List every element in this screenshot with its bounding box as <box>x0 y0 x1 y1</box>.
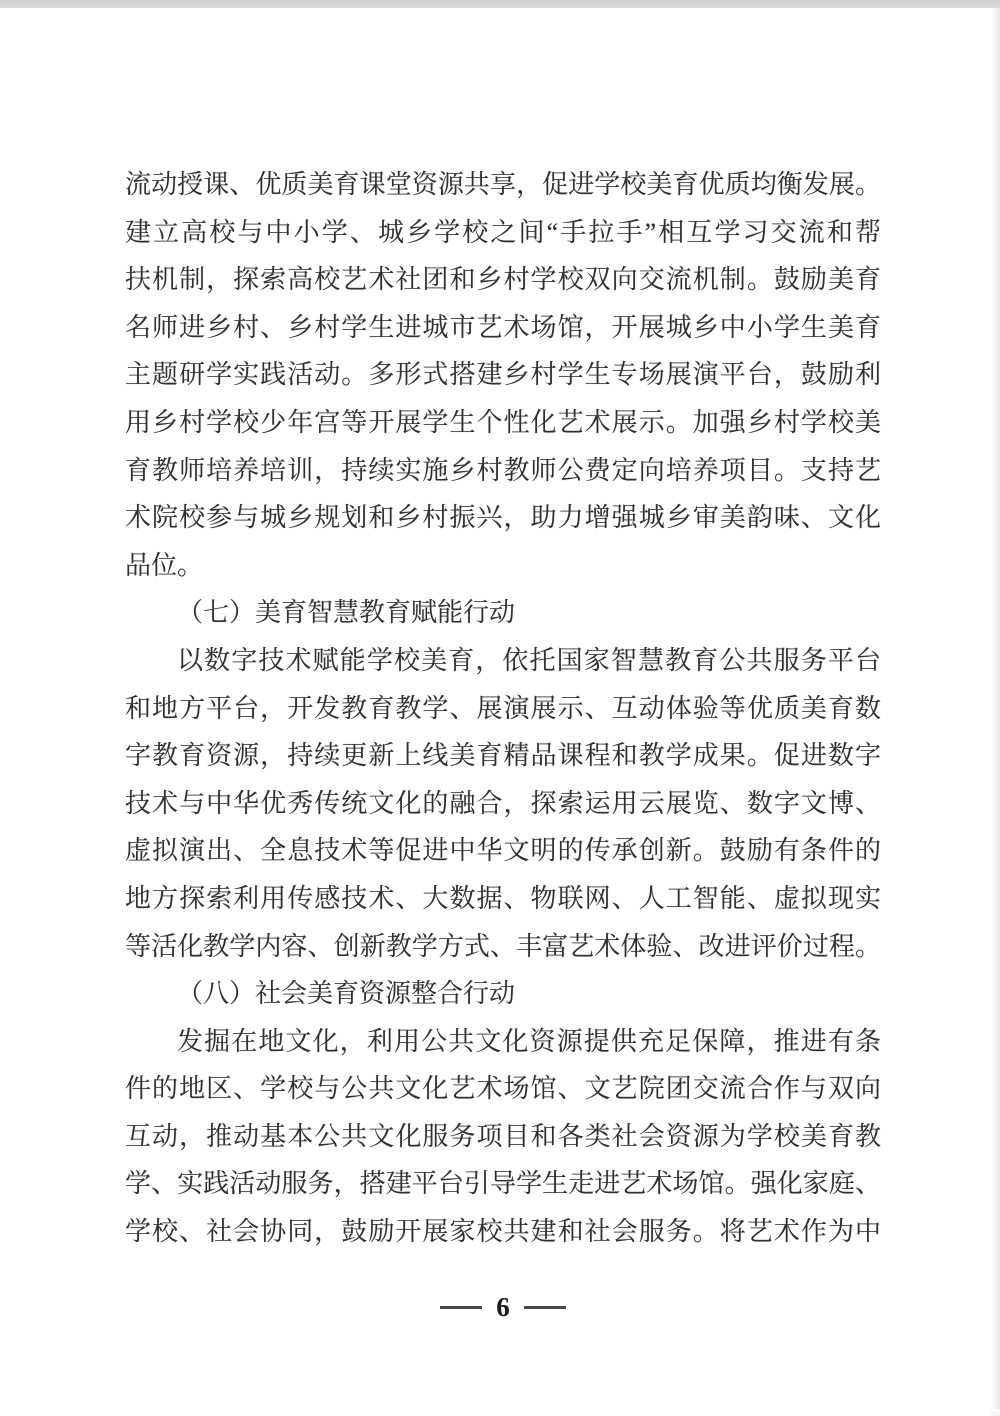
document-line: 流动授课、优质美育课堂资源共享，促进学校美育优质均衡发展。 <box>125 161 881 209</box>
document-line: 学、实践活动服务，搭建平台引导学生走进艺术场馆。强化家庭、 <box>125 1160 881 1208</box>
document-line: 地方探索利用传感技术、大数据、物联网、人工智能、虚拟现实 <box>125 875 881 923</box>
document-line: 发掘在地文化，利用公共文化资源提供充足保障，推进有条 <box>125 1018 881 1066</box>
section-heading-7: （七）美育智慧教育赋能行动 <box>125 589 881 637</box>
document-page: 流动授课、优质美育课堂资源共享，促进学校美育优质均衡发展。 建立高校与中小学、城… <box>0 8 991 1416</box>
document-line: 和地方平台，开发教育教学、展演展示、互动体验等优质美育数 <box>125 685 881 733</box>
document-viewport: 流动授课、优质美育课堂资源共享，促进学校美育优质均衡发展。 建立高校与中小学、城… <box>0 0 1000 1416</box>
document-line: 等活化教学内容、创新教学方式、丰富艺术体验、改进评价过程。 <box>125 923 881 971</box>
text-column: 流动授课、优质美育课堂资源共享，促进学校美育优质均衡发展。 建立高校与中小学、城… <box>125 161 881 1322</box>
page-right-edge <box>991 8 1000 1416</box>
page-top-edge <box>0 0 1000 8</box>
document-line: 名师进乡村、乡村学生进城市艺术场馆，开展城乡中小学生美育 <box>125 304 881 352</box>
document-line: 学校、社会协同，鼓励开展家校共建和社会服务。将艺术作为中 <box>125 1208 881 1256</box>
document-line: 件的地区、学校与公共文化艺术场馆、文艺院团交流合作与双向 <box>125 1065 881 1113</box>
document-line: 术院校参与城乡规划和乡村振兴，助力增强城乡审美韵味、文化 <box>125 494 881 542</box>
document-line: 互动，推动基本公共文化服务项目和各类社会资源为学校美育教 <box>125 1113 881 1161</box>
page-number: 6 <box>496 1292 510 1322</box>
document-line: 品位。 <box>125 542 881 590</box>
document-line: 字教育资源，持续更新上线美育精品课程和教学成果。促进数字 <box>125 732 881 780</box>
document-line: 虚拟演出、全息技术等促进中华文明的传承创新。鼓励有条件的 <box>125 827 881 875</box>
section-heading-8: （八）社会美育资源整合行动 <box>125 970 881 1018</box>
footer-right-dash <box>524 1306 566 1309</box>
page-footer: 6 <box>125 1292 881 1322</box>
document-line: 扶机制，探索高校艺术社团和乡村学校双向交流机制。鼓励美育 <box>125 256 881 304</box>
document-line: 主题研学实践活动。多形式搭建乡村学生专场展演平台，鼓励利 <box>125 351 881 399</box>
document-line: 以数字技术赋能学校美育，依托国家智慧教育公共服务平台 <box>125 637 881 685</box>
document-line: 建立高校与中小学、城乡学校之间“手拉手”相互学习交流和帮 <box>125 209 881 257</box>
footer-left-dash <box>440 1306 482 1309</box>
document-line: 育教师培养培训，持续实施乡村教师公费定向培养项目。支持艺 <box>125 447 881 495</box>
document-line: 技术与中华优秀传统文化的融合，探索运用云展览、数字文博、 <box>125 780 881 828</box>
document-line: 用乡村学校少年宫等开展学生个性化艺术展示。加强乡村学校美 <box>125 399 881 447</box>
